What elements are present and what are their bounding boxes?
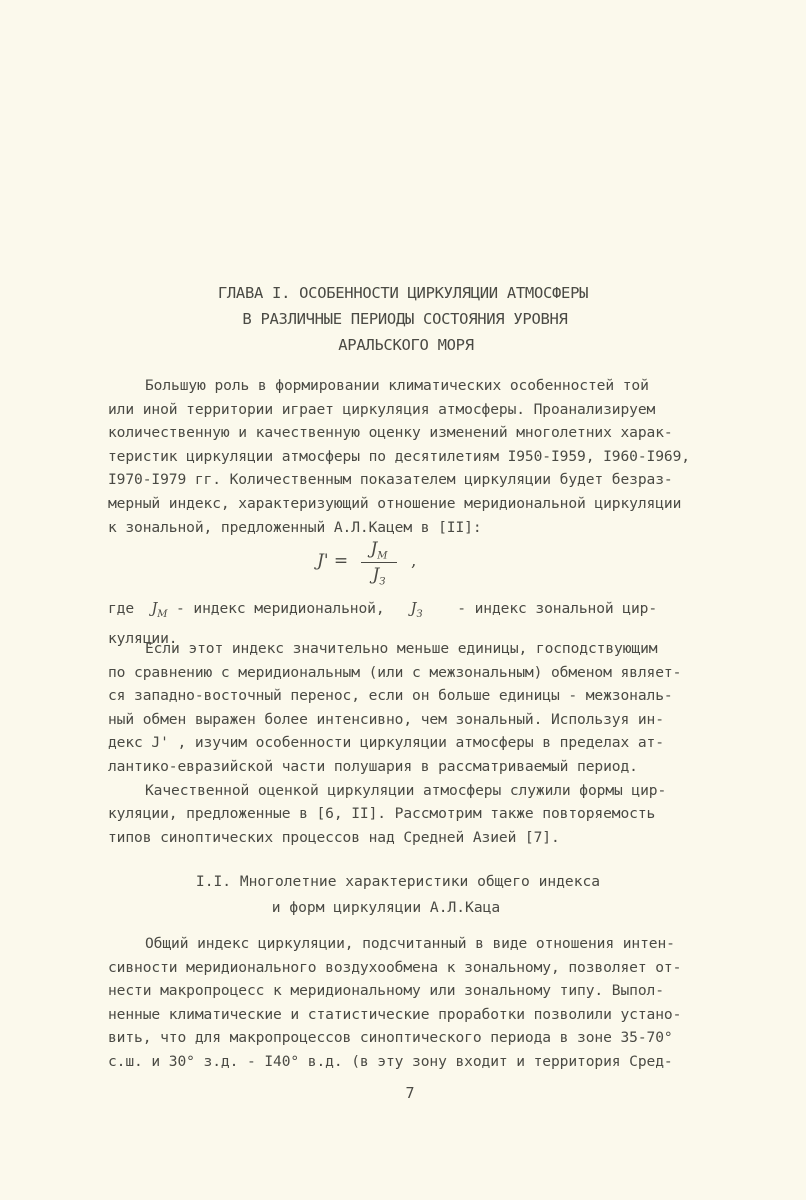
- text-line: где JM - индекс меридиональной, JЗ - инд…: [108, 597, 728, 627]
- text-line: вить, что для макропроцессов синоптическ…: [108, 1026, 728, 1050]
- formula-comma: ,: [411, 551, 416, 571]
- chapter-title-line: ГЛАВА I. ОСОБЕННОСТИ ЦИРКУЛЯЦИИ АТМОСФЕР…: [0, 280, 806, 306]
- text-line: к зональной, предложенный А.Л.Кацем в [I…: [108, 516, 728, 540]
- section-heading-line: I.I. Многолетние характеристики общего и…: [0, 869, 806, 895]
- text-line: Общий индекс циркуляции, подсчитанный в …: [108, 932, 728, 956]
- text-line: теристик циркуляции атмосферы по десятил…: [108, 445, 728, 469]
- chapter-title-line: В РАЗЛИЧНЫЕ ПЕРИОДЫ СОСТОЯНИЯ УРОВНЯ: [0, 306, 806, 332]
- text-line: количественную и качественную оценку изм…: [108, 421, 728, 445]
- text-line: Большую роль в формировании климатически…: [108, 374, 728, 398]
- formula-numerator: JM: [361, 539, 397, 563]
- explanation-paragraph: Если этот индекс значительно меньше един…: [108, 637, 728, 849]
- formula-denominator: JЗ: [361, 563, 397, 587]
- formula-fraction: JM JЗ: [361, 539, 397, 588]
- text-line: или иной территории играет циркуляция ат…: [108, 398, 728, 422]
- text-line: Если этот индекс значительно меньше един…: [108, 637, 728, 661]
- section-paragraph: Общий индекс циркуляции, подсчитанный в …: [108, 932, 728, 1074]
- text-line: мерный индекс, характеризующий отношение…: [108, 492, 728, 516]
- text-line: типов синоптических процессов над Средне…: [108, 826, 728, 850]
- document-page: ГЛАВА I. ОСОБЕННОСТИ ЦИРКУЛЯЦИИ АТМОСФЕР…: [0, 0, 806, 1200]
- text-line: с.ш. и 30° з.д. - I40° в.д. (в эту зону …: [108, 1050, 728, 1074]
- text-line: лантико-евразийской части полушария в ра…: [108, 755, 728, 779]
- section-heading-line: и форм циркуляции А.Л.Каца: [0, 895, 806, 921]
- symbol-j-m: JM: [151, 600, 167, 617]
- chapter-title: ГЛАВА I. ОСОБЕННОСТИ ЦИРКУЛЯЦИИ АТМОСФЕР…: [0, 280, 806, 358]
- symbol-j-z: JЗ: [411, 600, 423, 617]
- formula-lhs: J' =: [317, 551, 348, 571]
- text-line: нести макропроцесс к меридиональному или…: [108, 979, 728, 1003]
- text-line: куляции, предложенные в [6, II]. Рассмот…: [108, 802, 728, 826]
- text-line: по сравнению с меридиональным (или с меж…: [108, 661, 728, 685]
- text-line: ся западно-восточный перенос, если он бо…: [108, 684, 728, 708]
- text-line: Качественной оценкой циркуляции атмосфер…: [108, 779, 728, 803]
- text-line: ненные климатические и статистические пр…: [108, 1003, 728, 1027]
- intro-paragraph: Большую роль в формировании климатически…: [108, 374, 728, 539]
- text-line: I970-I979 гг. Количественным показателем…: [108, 468, 728, 492]
- chapter-title-line: АРАЛЬСКОГО МОРЯ: [0, 332, 806, 358]
- text-line: декс J' , изучим особенности циркуляции …: [108, 731, 728, 755]
- text-line: сивности меридионального воздухообмена к…: [108, 956, 728, 980]
- text-line: ный обмен выражен более интенсивно, чем …: [108, 708, 728, 732]
- section-heading: I.I. Многолетние характеристики общего и…: [0, 869, 806, 921]
- page-number: 7: [0, 1084, 806, 1102]
